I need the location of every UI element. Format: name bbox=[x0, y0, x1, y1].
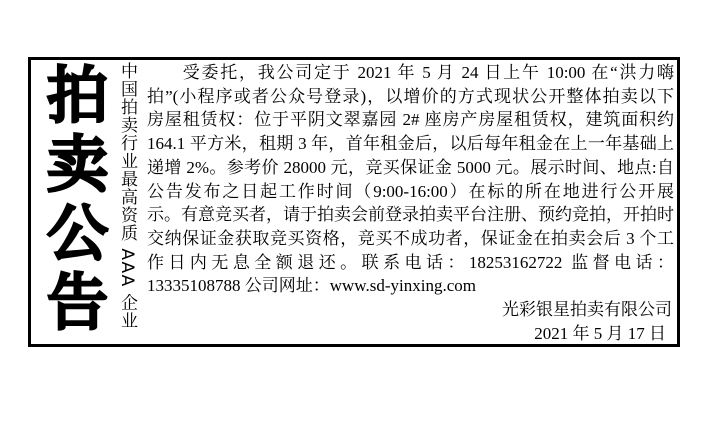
auction-notice-box: 拍卖公告 中国拍卖行业最高资质 AAA 企业 受委托，我公司定于 2021 年 … bbox=[28, 57, 680, 347]
notice-body-line: 交纳保证金获取竞买资格，竞买不成功者，保证金在拍卖会后 3 个工 bbox=[147, 227, 674, 251]
company-signature: 光彩银星拍卖有限公司 bbox=[147, 298, 674, 322]
qualification-vertical-text: 中国拍卖行业最高资质 AAA 企业 bbox=[112, 62, 142, 342]
notice-body-line: 递增 2%。参考价 28000 元，竞买保证金 5000 元。展示时间、地点:自 bbox=[147, 156, 674, 180]
notice-body-line: 房屋租赁权：位于平阴文翠嘉园 2# 座房产房屋租赁权，建筑面积约 bbox=[147, 108, 674, 132]
notice-body-line-website: 13335108788 公司网址：www.sd-yinxing.com bbox=[147, 274, 674, 298]
notice-date: 2021 年 5 月 17 日 bbox=[147, 322, 674, 343]
notice-body: 受委托，我公司定于 2021 年 5 月 24 日上午 10:00 在“洪力嗨 … bbox=[147, 61, 674, 343]
notice-body-line: 受委托，我公司定于 2021 年 5 月 24 日上午 10:00 在“洪力嗨 bbox=[147, 61, 674, 85]
notice-body-line: 拍”(小程序或者公众号登录)，以增价的方式现状公开整体拍卖以下 bbox=[147, 85, 674, 109]
notice-body-line: 作日内无息全额退还。联系电话：18253162722 监督电话： bbox=[147, 251, 674, 275]
newspaper-page: 拍卖公告 中国拍卖行业最高资质 AAA 企业 受委托，我公司定于 2021 年 … bbox=[0, 0, 724, 427]
notice-body-line: 公告发布之日起工作时间（9:00-16:00）在标的所在地进行公开展 bbox=[147, 180, 674, 204]
notice-body-line: 164.1 平方米，租期 3 年，首年租金后，以后每年租金在上一年基础上 bbox=[147, 132, 674, 156]
vertical-headline: 拍卖公告 bbox=[34, 63, 110, 339]
notice-body-line: 示。有意竞买者，请于拍卖会前登录拍卖平台注册、预约竞拍，开拍时 bbox=[147, 203, 674, 227]
